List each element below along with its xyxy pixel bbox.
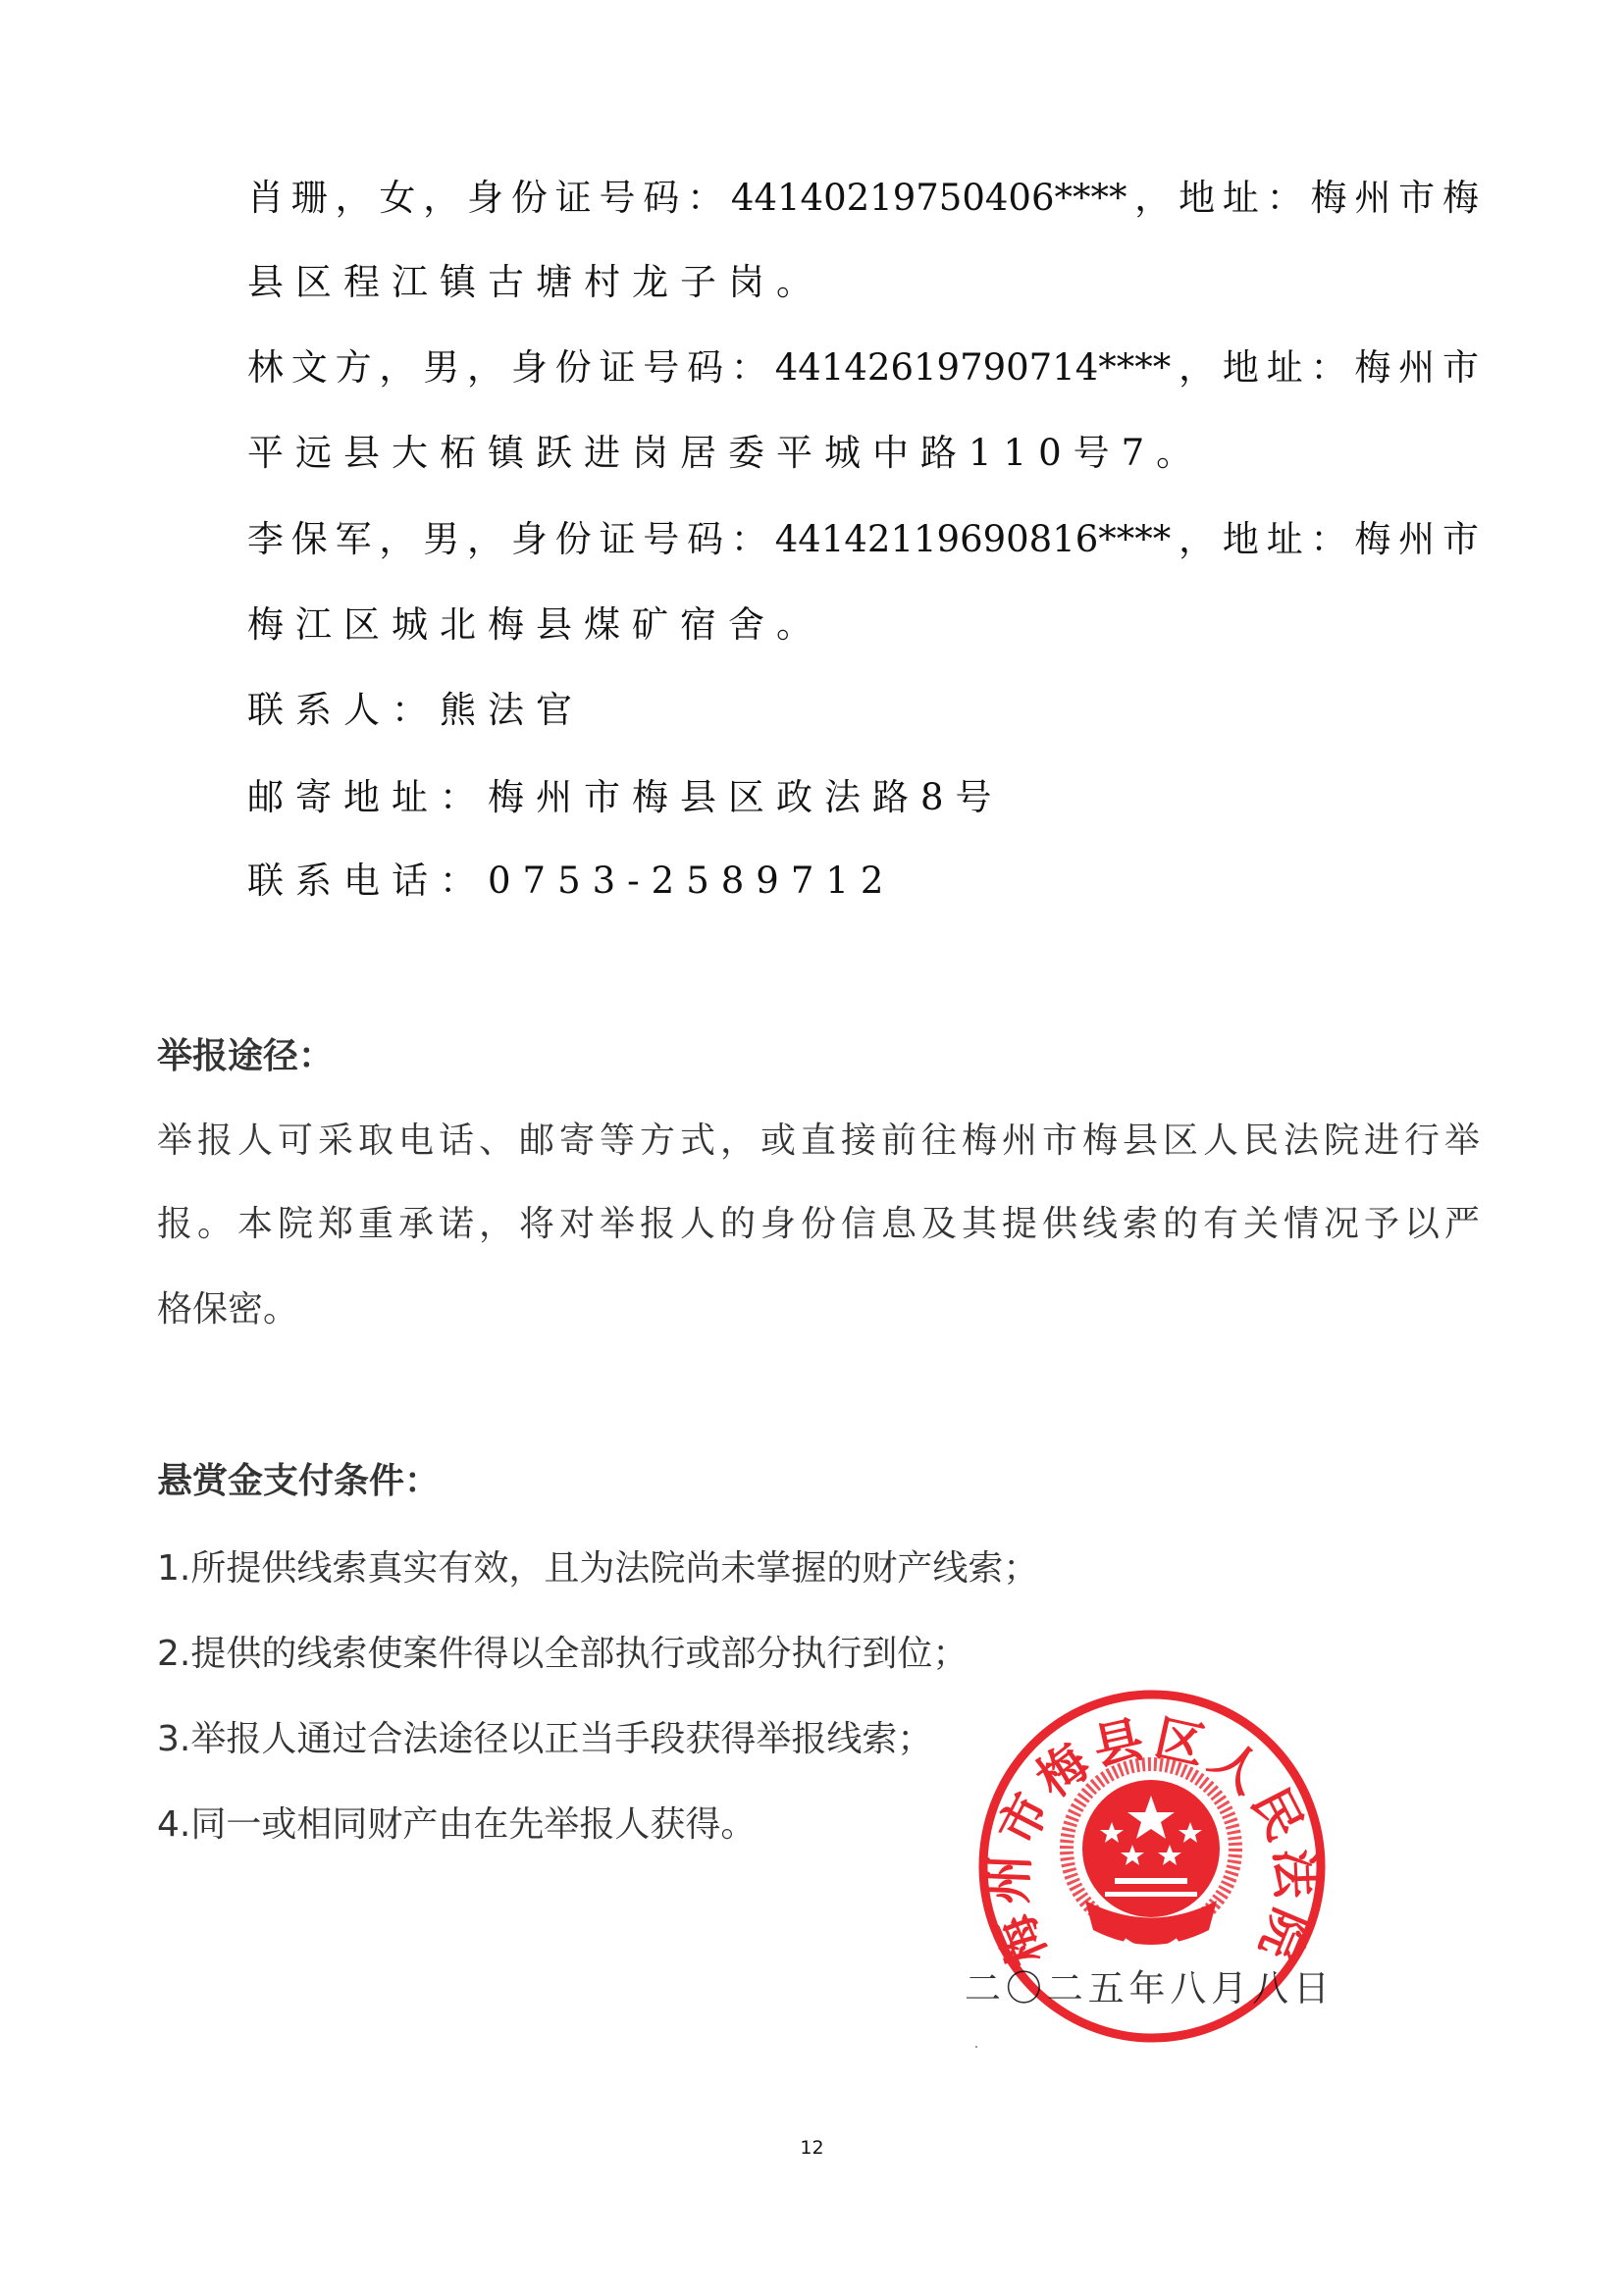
respondent-xiao-shan-line-2: 县区程江镇古塘村龙子岗。 [247,258,1479,307]
report-channels-line-3: 格保密。 [157,1285,1480,1334]
reward-condition-1: 1.所提供线索真实有效，且为法院尚未掌握的财产线索； [157,1544,1480,1593]
court-seal-icon: 梅州市梅县区人民法院 [977,1690,1327,2043]
respondent-lin-wenfang-line-2: 平远县大柘镇跃进岗居委平城中路110号7。 [247,429,1479,478]
reward-condition-2: 2.提供的线索使案件得以全部执行或部分执行到位； [157,1630,1480,1679]
scan-speck [975,2046,977,2048]
mail-address: 邮寄地址：梅州市梅县区政法路8号 [247,773,1479,822]
respondent-li-baojun-line-1: 李保军，男，身份证号码：44142119690816****，地址：梅州市 [247,515,1479,564]
contact-phone: 联系电话：0753-2589712 [247,857,1479,906]
report-channels-heading: 举报途径： [157,1032,334,1081]
respondent-li-baojun-line-2: 梅江区城北梅县煤矿宿舍。 [247,600,1479,650]
report-channels-line-2: 报。本院郑重承诺，将对举报人的身份信息及其提供线索的有关情况予以严 [157,1200,1480,1249]
contact-person: 联系人：熊法官 [247,686,1479,735]
reward-conditions-heading: 悬赏金支付条件： [157,1457,440,1506]
national-emblem-icon [1067,1764,1235,1950]
document-page: 肖珊，女，身份证号码：44140219750406****，地址：梅州市梅 县区… [0,0,1624,2296]
respondent-lin-wenfang-line-1: 林文方，男，身份证号码：44142619790714****，地址：梅州市 [247,343,1479,392]
report-channels-line-1: 举报人可采取电话、邮寄等方式，或直接前往梅州市梅县区人民法院进行举 [157,1117,1480,1166]
page-number: 12 [0,2135,1624,2161]
respondent-xiao-shan-line-1: 肖珊，女，身份证号码：44140219750406****，地址：梅州市梅 [247,174,1479,223]
